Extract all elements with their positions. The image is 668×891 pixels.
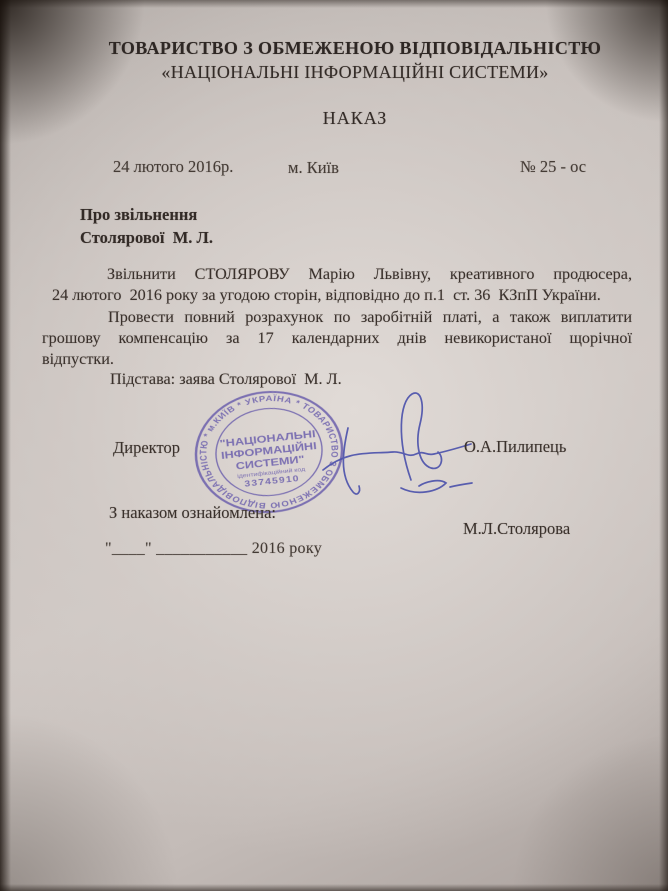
paragraph-2-line-1: Провести повний розрахунок по заробітній…	[42, 307, 632, 328]
paragraph-2-line-2: грошову компенсацію за 17 календарних дн…	[42, 328, 632, 349]
paragraph-1-line-1: Звільнити СТОЛЯРОВУ Марію Львівну, креат…	[52, 264, 632, 285]
order-paragraph-2: Провести повний розрахунок по заробітній…	[42, 307, 632, 371]
document-type-title: НАКАЗ	[60, 108, 650, 129]
signature-ink-icon	[308, 378, 488, 506]
order-number: № 25 - ос	[520, 157, 586, 177]
document-photo: ТОВАРИСТВО З ОБМЕЖЕНОЮ ВІДПОВІДАЛЬНІСТЮ …	[0, 0, 668, 891]
order-subject: Про звільнення Столярової М. Л.	[80, 203, 213, 249]
director-signature	[308, 378, 488, 506]
company-name-line1: ТОВАРИСТВО З ОБМЕЖЕНОЮ ВІДПОВІДАЛЬНІСТЮ	[60, 36, 650, 60]
company-name-line2: «НАЦІОНАЛЬНІ ІНФОРМАЦІЙНІ СИСТЕМИ»	[60, 60, 650, 84]
order-city: м. Київ	[288, 158, 339, 178]
acknowledgement-label: З наказом ознайомлена:	[109, 503, 276, 523]
letterhead: ТОВАРИСТВО З ОБМЕЖЕНОЮ ВІДПОВІДАЛЬНІСТЮ …	[60, 36, 650, 84]
order-paragraph-1: Звільнити СТОЛЯРОВУ Марію Львівну, креат…	[52, 264, 632, 306]
employee-name: М.Л.Столярова	[463, 519, 570, 539]
director-label: Директор	[113, 438, 180, 458]
paragraph-1-line-2: 24 лютого 2016 року за угодою сторін, ві…	[52, 285, 632, 306]
order-date: 24 лютого 2016р.	[113, 157, 233, 177]
paragraph-2-line-3: відпустки.	[42, 349, 632, 370]
director-name: О.А.Пилипець	[464, 437, 566, 457]
acknowledgement-date-blank: "____" ___________ 2016 року	[105, 540, 322, 558]
